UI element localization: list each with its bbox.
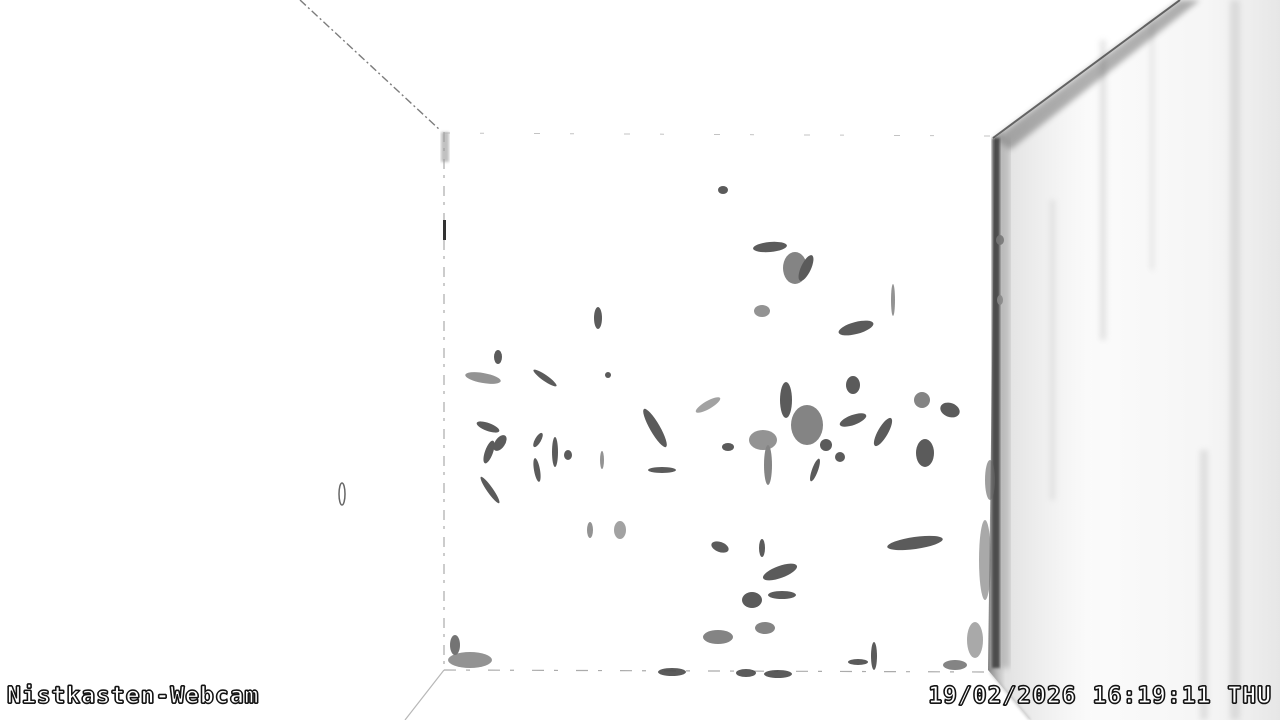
nest-material — [339, 186, 1004, 678]
date-text: 19/02/2026 — [928, 685, 1076, 708]
time-text: 16:19:11 — [1093, 685, 1212, 708]
timestamp-overlay: 19/02/2026 16:19:11 THU — [928, 685, 1272, 708]
weekday-text: THU — [1227, 685, 1272, 708]
webcam-feed: Nistkasten-Webcam 19/02/2026 16:19:11 TH… — [0, 0, 1280, 720]
camera-title-overlay: Nistkasten-Webcam — [7, 685, 259, 708]
nest-box-interior — [0, 0, 1280, 720]
